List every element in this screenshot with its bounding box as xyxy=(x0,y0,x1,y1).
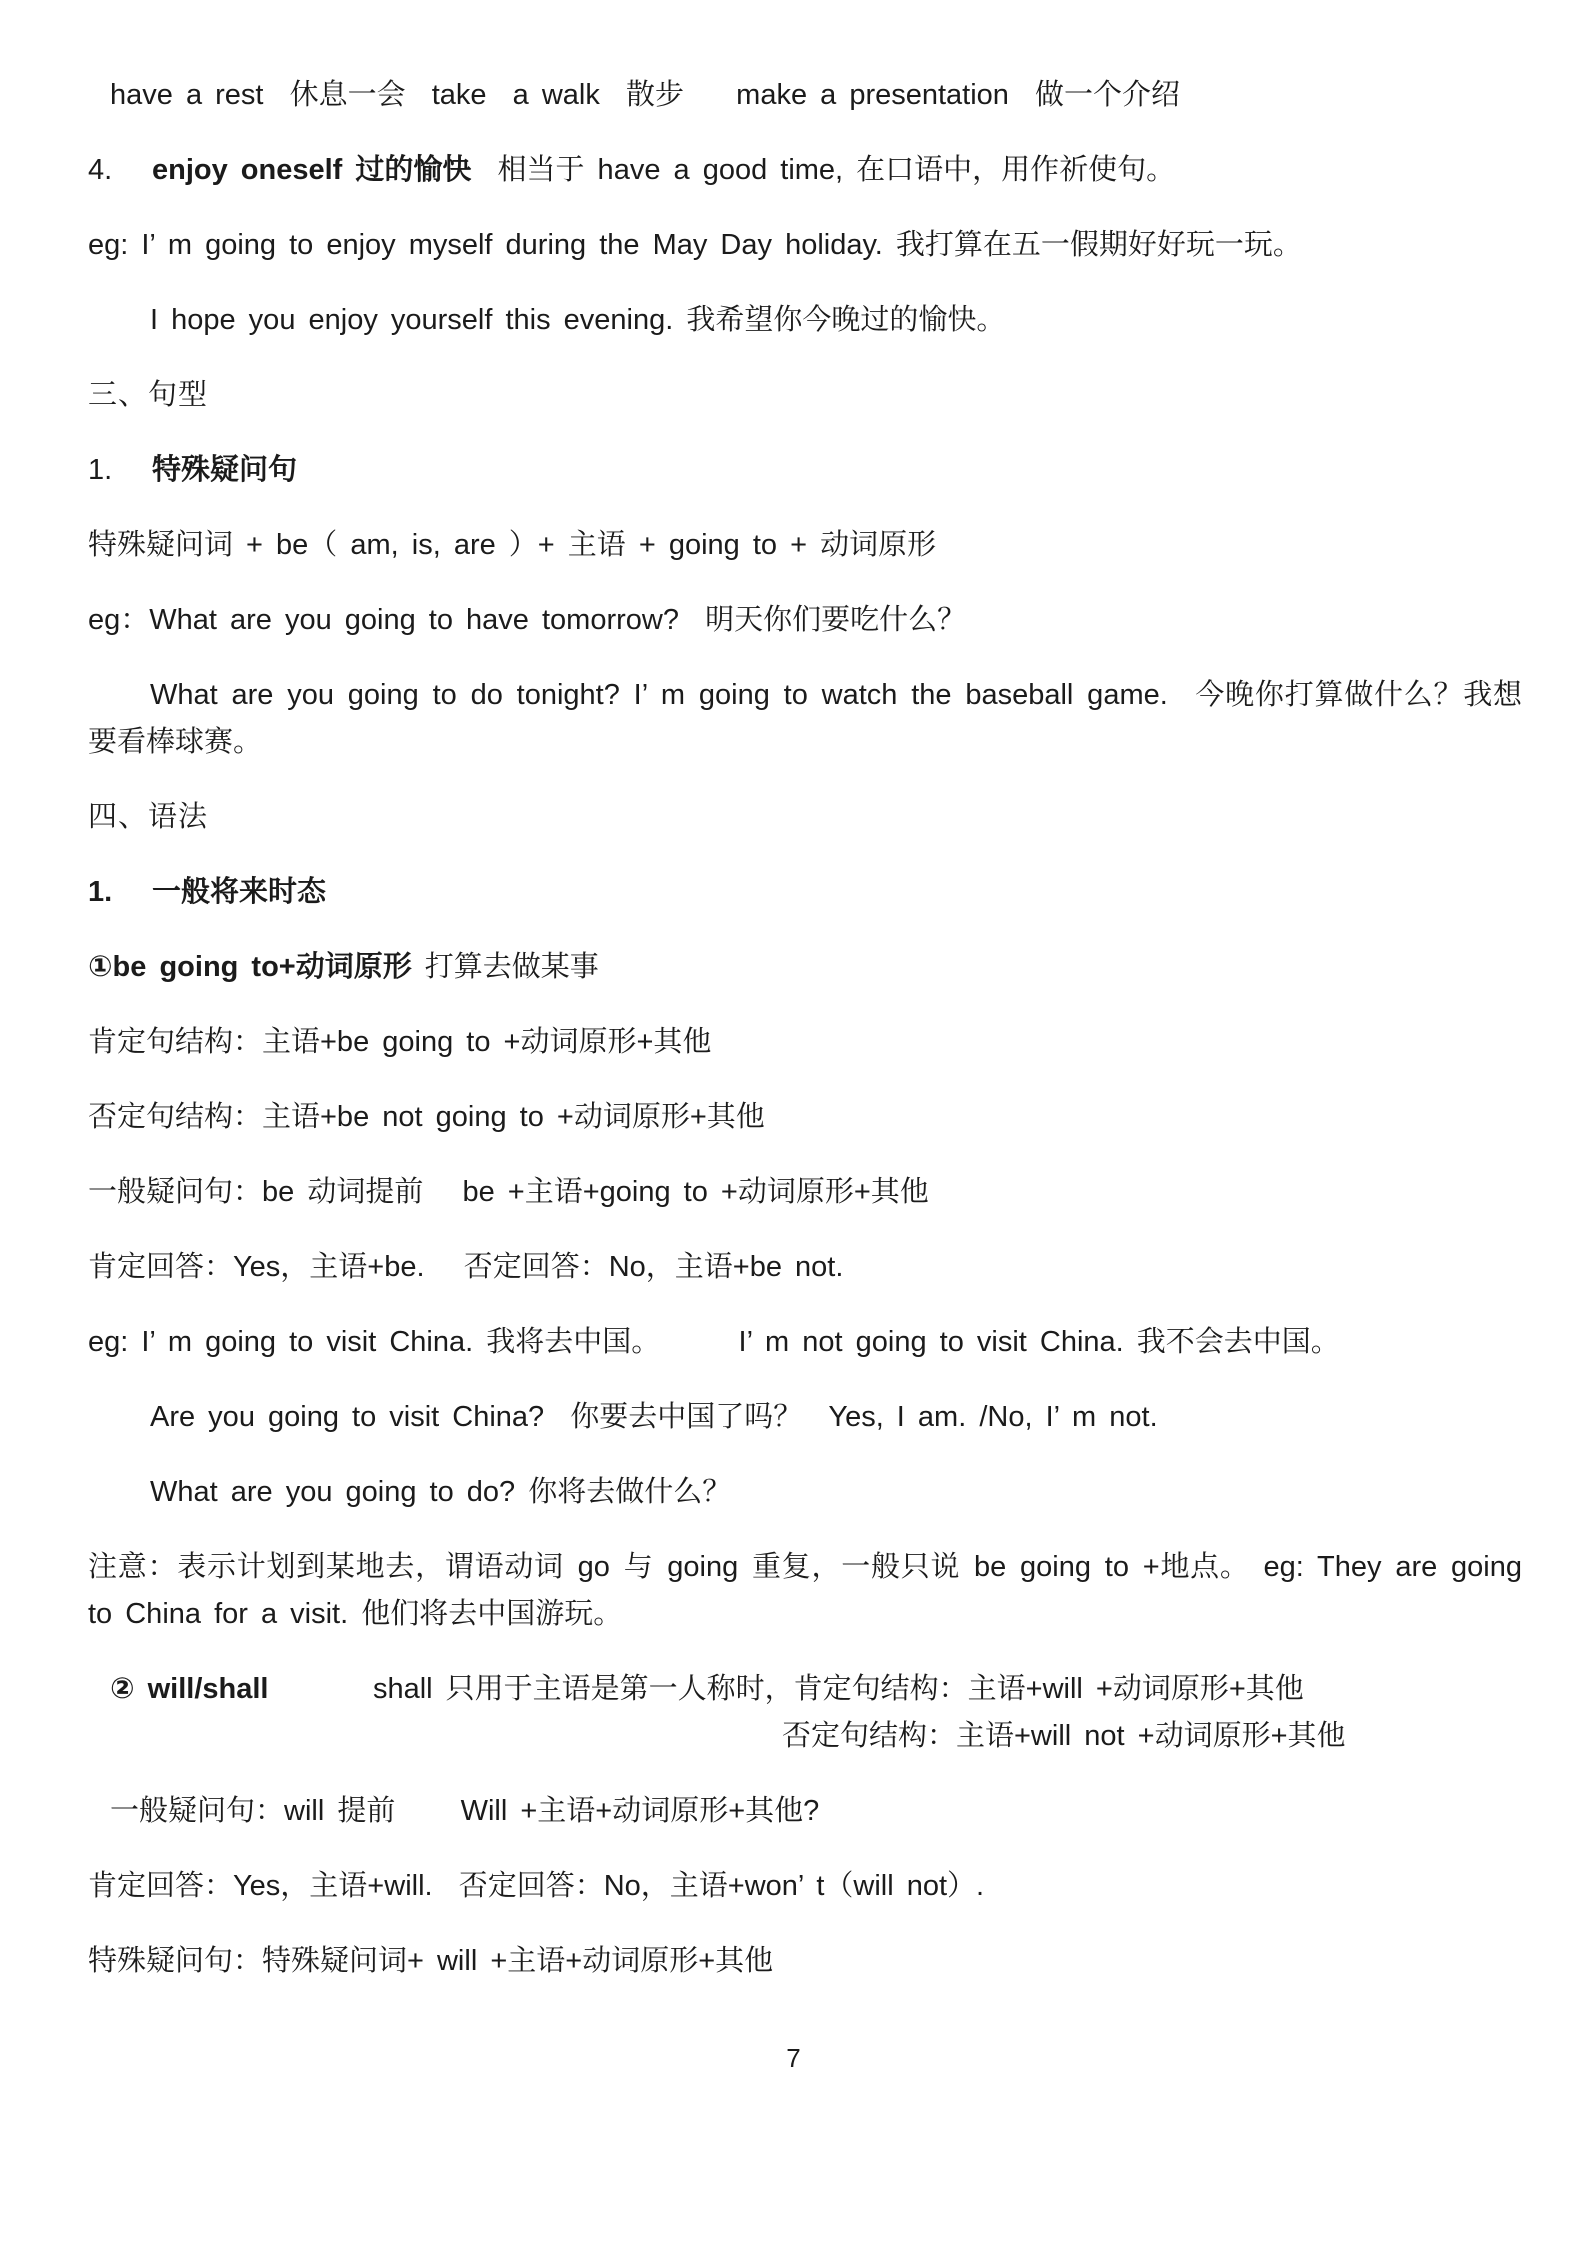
example-text: Are you going to visit China? 你要去中国了吗？ Y… xyxy=(150,1401,1158,1433)
list-item-1-grammar: 1.一般将来时态 xyxy=(88,869,1522,916)
page-number: 7 xyxy=(0,2042,1587,2074)
example-hope: I hope you enjoy yourself this evening. … xyxy=(88,297,1522,344)
note-line: 注意：表示计划到某地去，谓语动词 go 与 going 重复，一般只说 be g… xyxy=(88,1544,1522,1638)
vocab-line: have a rest 休息一会 take a walk 散步 make a p… xyxy=(88,72,1522,119)
vocab-text: have a rest 休息一会 take a walk 散步 make a p… xyxy=(110,79,1180,111)
will-negative-structure-line: 否定句结构：主语+will not +动词原形+其他 xyxy=(88,1713,1522,1760)
rule-explanation: shall 只用于主语是第一人称时，肯定句结构：主语+will +动词原形+其他 xyxy=(268,1673,1303,1705)
example-what-to-do: What are you going to do? 你将去做什么？ xyxy=(88,1469,1522,1516)
affirmative-structure-line: 肯定句结构：主语+be going to +动词原形+其他 xyxy=(88,1019,1522,1066)
example-text: eg: I’ m going to enjoy myself during th… xyxy=(88,229,1302,261)
item-number: 1. xyxy=(88,869,152,916)
document-page: have a rest 休息一会 take a walk 散步 make a p… xyxy=(0,0,1587,2245)
will-answers-line: 肯定回答：Yes，主语+will. 否定回答：No，主语+won’ t（will… xyxy=(88,1863,1522,1910)
negative-structure-line: 否定句结构：主语+be not going to +动词原形+其他 xyxy=(88,1094,1522,1141)
item-number: 4. xyxy=(88,147,152,194)
item-explanation: 相当于 have a good time, 在口语中，用作祈使句。 xyxy=(471,154,1175,186)
heading-section-4: 四、语法 xyxy=(88,794,1522,841)
item-term: 特殊疑问句 xyxy=(152,454,297,486)
rule-text: 肯定回答：Yes，主语+will. 否定回答：No，主语+won’ t（will… xyxy=(88,1870,984,1902)
will-shall-line: ② will/shall shall 只用于主语是第一人称时，肯定句结构：主语+… xyxy=(88,1666,1522,1760)
rule-text: 肯定句结构：主语+be going to +动词原形+其他 xyxy=(88,1026,711,1058)
item-term: enjoy oneself 过的愉快 xyxy=(152,154,471,186)
heading-section-3: 三、句型 xyxy=(88,372,1522,419)
example-may-day: eg: I’ m going to enjoy myself during th… xyxy=(88,222,1522,269)
formula-text: 特殊疑问词 + be（ am, is, are ）+ 主语 + going to… xyxy=(88,529,936,561)
be-answers-line: 肯定回答：Yes，主语+be. 否定回答：No，主语+be not. xyxy=(88,1244,1522,1291)
rule-text: 特殊疑问句：特殊疑问词+ will +主语+动词原形+其他 xyxy=(88,1945,773,1977)
rule-term: ② will/shall xyxy=(110,1673,268,1705)
note-text: 注意：表示计划到某地去，谓语动词 go 与 going 重复，一般只说 be g… xyxy=(88,1551,1535,1630)
general-question-line: 一般疑问句：be 动词提前 be +主语+going to +动词原形+其他 xyxy=(88,1169,1522,1216)
example-text: I hope you enjoy yourself this evening. … xyxy=(150,304,1005,336)
example-text: What are you going to do tonight? I’ m g… xyxy=(88,679,1522,758)
example-tonight: What are you going to do tonight? I’ m g… xyxy=(88,672,1522,766)
item-number: 1. xyxy=(88,447,152,494)
rule-text: 肯定回答：Yes，主语+be. 否定回答：No，主语+be not. xyxy=(88,1251,843,1283)
rule-text: 否定句结构：主语+be not going to +动词原形+其他 xyxy=(88,1101,765,1133)
rule-explanation: 打算去做某事 xyxy=(412,951,599,983)
rule-text: 一般疑问句：will 提前 Will +主语+动词原形+其他? xyxy=(110,1795,819,1827)
example-text: eg: I’ m going to visit China. 我将去中国。 I’… xyxy=(88,1326,1340,1358)
heading-text: 四、语法 xyxy=(88,801,208,833)
example-visit-china: eg: I’ m going to visit China. 我将去中国。 I’… xyxy=(88,1319,1522,1366)
example-text: What are you going to do? 你将去做什么？ xyxy=(150,1476,731,1508)
example-are-you-going: Are you going to visit China? 你要去中国了吗？ Y… xyxy=(88,1394,1522,1441)
be-going-to-line: ①be going to+动词原形 打算去做某事 xyxy=(88,944,1522,991)
item-term: 一般将来时态 xyxy=(152,876,326,908)
example-tomorrow: eg：What are you going to have tomorrow? … xyxy=(88,597,1522,644)
rule-text: 一般疑问句：be 动词提前 be +主语+going to +动词原形+其他 xyxy=(88,1176,929,1208)
rule-term: ①be going to+动词原形 xyxy=(88,951,412,983)
document-body: have a rest 休息一会 take a walk 散步 make a p… xyxy=(88,72,1522,2013)
will-special-question-line: 特殊疑问句：特殊疑问词+ will +主语+动词原形+其他 xyxy=(88,1938,1522,1985)
list-item-4: 4.enjoy oneself 过的愉快 相当于 have a good tim… xyxy=(88,147,1522,194)
will-question-line: 一般疑问句：will 提前 Will +主语+动词原形+其他? xyxy=(88,1788,1522,1835)
list-item-1-sentence: 1.特殊疑问句 xyxy=(88,447,1522,494)
heading-text: 三、句型 xyxy=(88,379,208,411)
pattern-formula: 特殊疑问词 + be（ am, is, are ）+ 主语 + going to… xyxy=(88,522,1522,569)
example-text: eg：What are you going to have tomorrow? … xyxy=(88,604,966,636)
